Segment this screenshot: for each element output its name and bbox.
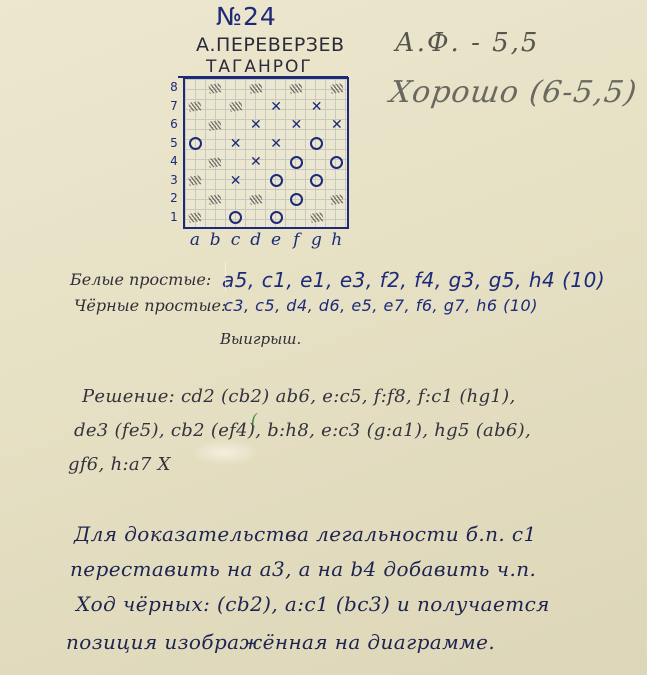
rank-label: 5 <box>168 136 180 150</box>
square-e3 <box>266 172 286 191</box>
white-piece-icon <box>290 156 303 169</box>
white-piece-icon <box>290 193 303 206</box>
hatched-square-mark <box>209 157 222 168</box>
square-b4 <box>205 153 225 172</box>
black-piece-icon: ✕ <box>270 99 282 115</box>
black-piece-icon: ✕ <box>250 154 262 170</box>
square-b6 <box>205 116 225 135</box>
square-c3: ✕ <box>226 172 246 191</box>
square-d2 <box>246 190 266 209</box>
white-piece-icon <box>229 211 242 224</box>
file-label: a <box>185 230 205 250</box>
square-g7: ✕ <box>307 98 327 117</box>
white-piece-icon <box>330 156 343 169</box>
hatched-square-mark <box>209 194 222 205</box>
black-pieces-label: Чёрные простые: <box>74 296 226 315</box>
square-d6: ✕ <box>246 116 266 135</box>
hatched-square-mark <box>330 194 343 205</box>
square-g3 <box>307 172 327 191</box>
square-e5: ✕ <box>266 135 286 154</box>
square-f4 <box>286 153 306 172</box>
note-line-1: Для доказательства легальности б.п. c1 <box>74 522 537 546</box>
author-city: ТАГАНРОГ <box>206 57 313 77</box>
square-c5: ✕ <box>226 135 246 154</box>
solution-line-3: gf6, h:a7 X <box>68 454 171 475</box>
square-h6: ✕ <box>327 116 347 135</box>
rank-label: 1 <box>168 210 180 224</box>
hatched-square-mark <box>189 101 202 112</box>
note-line-2: переставить на a3, а на b4 добавить ч.п. <box>70 557 536 581</box>
rank-label: 4 <box>168 154 180 168</box>
file-label: d <box>246 230 266 250</box>
black-piece-icon: ✕ <box>331 117 343 133</box>
square-a7 <box>185 98 205 117</box>
hatched-square-mark <box>249 194 262 205</box>
square-b2 <box>205 190 225 209</box>
white-pieces-list: a5, c1, e1, e3, f2, f4, g3, g5, h4 (10) <box>222 268 605 292</box>
author-name: А.ПЕРЕВЕРЗЕВ <box>196 34 345 56</box>
rank-label: 3 <box>168 173 180 187</box>
green-correction-mark: ( <box>251 410 257 429</box>
black-piece-icon: ✕ <box>230 136 242 152</box>
hatched-square-mark <box>290 83 303 94</box>
square-a3 <box>185 172 205 191</box>
file-label: b <box>205 230 225 250</box>
square-c1 <box>226 209 246 228</box>
white-pieces-label: Белые простые: <box>70 270 211 289</box>
square-b8 <box>205 79 225 98</box>
black-pieces-list: c3, c5, d4, d6, e5, e7, f6, g7, h6 (10) <box>224 296 538 315</box>
square-e7: ✕ <box>266 98 286 117</box>
hatched-square-mark <box>209 120 222 131</box>
square-f2 <box>286 190 306 209</box>
white-piece-icon <box>310 137 323 150</box>
square-h4 <box>327 153 347 172</box>
file-label: e <box>266 230 286 250</box>
hatched-square-mark <box>310 212 323 223</box>
grade-score: А.Ф. - 5,5 <box>395 28 539 58</box>
hatched-square-mark <box>189 175 202 186</box>
hatched-square-mark <box>189 212 202 223</box>
square-f8 <box>286 79 306 98</box>
checkers-diagram: ✕✕✕✕✕✕✕✕✕ <box>183 77 349 229</box>
black-piece-icon: ✕ <box>270 136 282 152</box>
note-line-4: позиция изображённая на диаграмме. <box>66 630 495 654</box>
square-c7 <box>226 98 246 117</box>
white-piece-icon <box>270 174 283 187</box>
white-piece-icon <box>270 211 283 224</box>
black-piece-icon: ✕ <box>291 117 303 133</box>
hatched-square-mark <box>229 101 242 112</box>
file-label: g <box>307 230 327 250</box>
hatched-square-mark <box>249 83 262 94</box>
rank-label: 6 <box>168 117 180 131</box>
square-d8 <box>246 79 266 98</box>
square-g5 <box>307 135 327 154</box>
hatched-square-mark <box>209 83 222 94</box>
hatched-square-mark <box>330 83 343 94</box>
file-label: h <box>327 230 347 250</box>
task-result: Выигрыш. <box>220 330 301 348</box>
black-piece-icon: ✕ <box>230 173 242 189</box>
square-h2 <box>327 190 347 209</box>
file-label: f <box>286 230 306 250</box>
black-piece-icon: ✕ <box>250 117 262 133</box>
square-f6: ✕ <box>286 116 306 135</box>
solution-line-1: Решение: cd2 (cb2) ab6, e:c5, f:f8, f:c1… <box>82 386 516 407</box>
rank-label: 2 <box>168 191 180 205</box>
white-piece-icon <box>310 174 323 187</box>
black-piece-icon: ✕ <box>311 99 323 115</box>
square-g1 <box>307 209 327 228</box>
paper-fold <box>225 262 226 292</box>
square-a5 <box>185 135 205 154</box>
square-d4: ✕ <box>246 153 266 172</box>
white-piece-icon <box>189 137 202 150</box>
rank-label: 8 <box>168 80 180 94</box>
grade-verdict: Хорошо (6-5,5) <box>388 75 640 110</box>
solution-line-2: de3 (fe5), cb2 (ef4), b:h8, e:c3 (g:a1),… <box>74 420 531 441</box>
file-label: c <box>226 230 246 250</box>
paper-smudge <box>190 440 260 465</box>
problem-number: №24 <box>216 2 277 31</box>
rank-label: 7 <box>168 99 180 113</box>
note-line-3: Ход чёрных: (cb2), a:c1 (bc3) и получает… <box>76 592 550 616</box>
square-h8 <box>327 79 347 98</box>
square-e1 <box>266 209 286 228</box>
square-a1 <box>185 209 205 228</box>
